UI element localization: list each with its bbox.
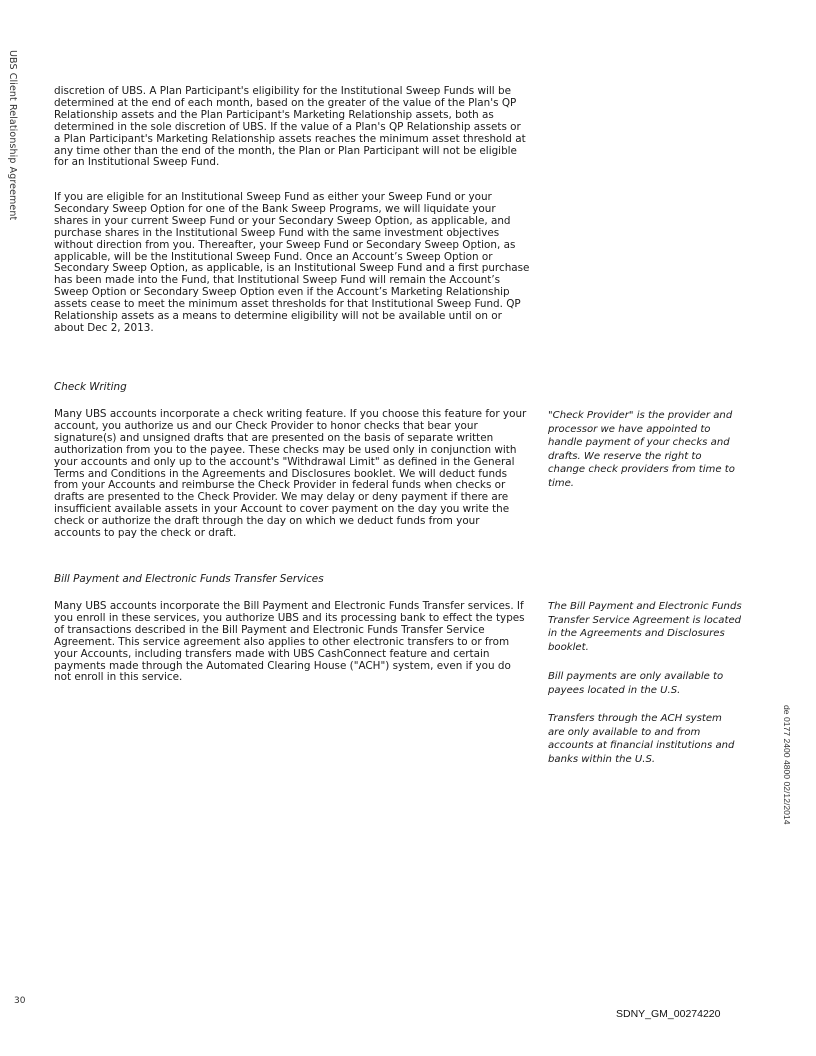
text-line: "Check Provider" is the provider and (548, 409, 748, 423)
text-line: Agreement. This service agreement also a… (54, 637, 534, 649)
sidenote-bill-payment-agreement: The Bill Payment and Electronic FundsTra… (548, 600, 748, 654)
text-line: determined in the sole discretion of UBS… (54, 122, 534, 134)
text-line: without direction from you. Thereafter, … (54, 240, 534, 252)
form-code: de 0177 2400 4800 02/12/2014 (782, 705, 792, 824)
sidenote-ach-transfers: Transfers through the ACH systemare only… (548, 712, 748, 766)
text-line: time. (548, 477, 748, 491)
intro-paragraph-2: If you are eligible for an Institutional… (54, 192, 534, 335)
text-line: of transactions described in the Bill Pa… (54, 625, 534, 637)
text-line: for an Institutional Sweep Fund. (54, 157, 534, 169)
text-line: Transfer Service Agreement is located (548, 614, 748, 628)
text-line: drafts. We reserve the right to (548, 450, 748, 464)
form-code-vertical: de 0177 2400 4800 02/12/2014 (778, 705, 792, 835)
running-header-vertical: UBS Client Relationship Agreement (2, 50, 18, 230)
text-line: accounts to pay the check or draft. (54, 528, 534, 540)
text-line: payees located in the U.S. (548, 684, 748, 698)
text-line: signature(s) and unsigned drafts that ar… (54, 433, 534, 445)
text-line: not enroll in this service. (54, 672, 534, 684)
text-line: authorization from you to the payee. The… (54, 445, 534, 457)
text-line: your Accounts, including transfers made … (54, 649, 534, 661)
text-line: Bill payments are only available to (548, 670, 748, 684)
intro-paragraph-1: discretion of UBS. A Plan Participant's … (54, 86, 534, 169)
text-line: are only available to and from (548, 726, 748, 740)
text-line: processor we have appointed to (548, 423, 748, 437)
text-line: change check providers from time to (548, 463, 748, 477)
text-line: banks within the U.S. (548, 753, 748, 767)
text-line: The Bill Payment and Electronic Funds (548, 600, 748, 614)
text-line: about Dec 2, 2013. (54, 323, 534, 335)
bates-number: SDNY_GM_00274220 (616, 1008, 720, 1020)
document-title: UBS Client Relationship Agreement (7, 50, 18, 220)
bill-payment-body: Many UBS accounts incorporate the Bill P… (54, 601, 534, 684)
sidenote-bill-payments-us: Bill payments are only available topayee… (548, 670, 748, 697)
text-line: Transfers through the ACH system (548, 712, 748, 726)
sidenote-check-provider: "Check Provider" is the provider andproc… (548, 409, 748, 491)
text-line: shares in your current Sweep Fund or you… (54, 216, 534, 228)
text-line: a Plan Participant's Marketing Relations… (54, 134, 534, 146)
section-heading-check-writing: Check Writing (54, 381, 127, 393)
check-writing-body: Many UBS accounts incorporate a check wr… (54, 409, 534, 540)
section-heading-bill-payment: Bill Payment and Electronic Funds Transf… (54, 573, 324, 585)
page-number: 30 (14, 996, 25, 1006)
text-line: your accounts and only up to the account… (54, 457, 534, 469)
text-line: accounts at financial institutions and (548, 739, 748, 753)
text-line: in the Agreements and Disclosures (548, 627, 748, 641)
text-line: booklet. (548, 641, 748, 655)
text-line: handle payment of your checks and (548, 436, 748, 450)
text-line: purchase shares in the Institutional Swe… (54, 228, 534, 240)
text-line: Relationship assets and the Plan Partici… (54, 110, 534, 122)
